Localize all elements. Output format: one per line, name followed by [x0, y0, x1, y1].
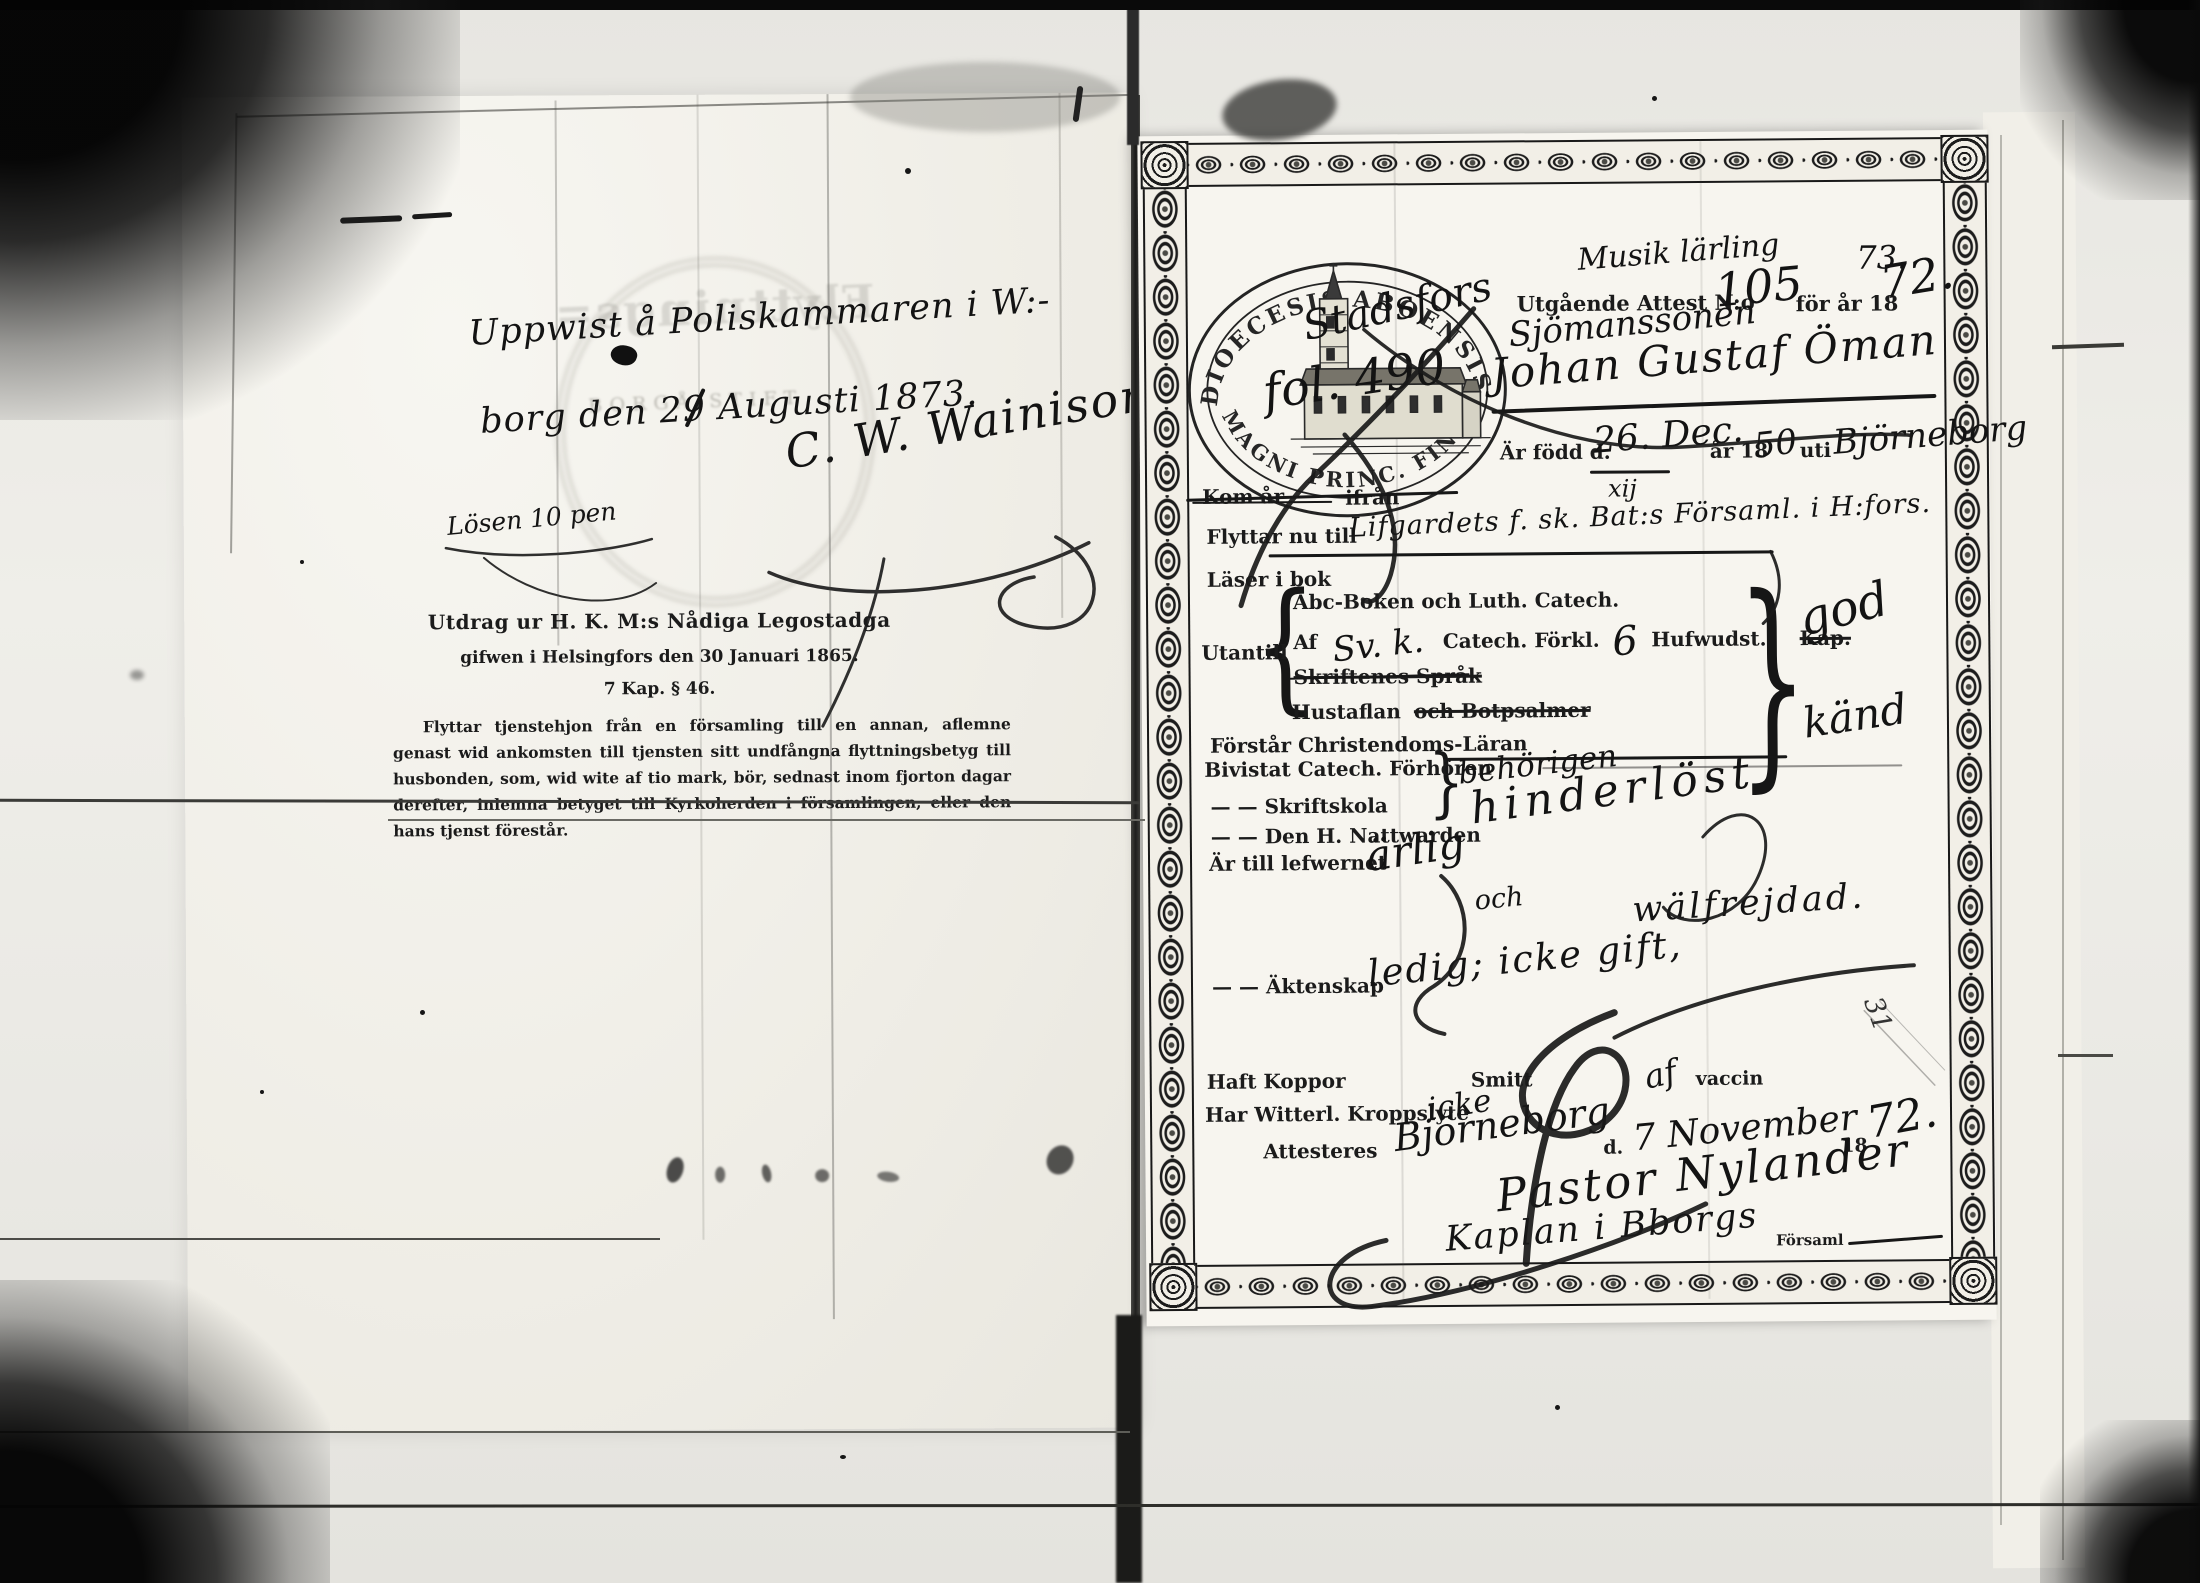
- school-label: — — Skriftskola: [1211, 793, 1388, 818]
- conduct-label: Är till lefwernet: [1209, 850, 1387, 875]
- conduct-value-3: wälfrejdad.: [1631, 876, 1866, 930]
- utantill-item-1: Abc-Boken och Luth. Catech.: [1293, 588, 1619, 615]
- born-label-3: uti: [1800, 438, 1832, 462]
- born-year: 50: [1752, 422, 1799, 467]
- item2-mid: Catech. Förkl.: [1443, 628, 1600, 653]
- crease-line: [0, 1238, 660, 1240]
- came-label-2: ifrån: [1345, 485, 1399, 509]
- ink-smudge: [760, 1164, 773, 1184]
- ink-smudge: [1041, 1140, 1078, 1179]
- pox-script: af: [1641, 1052, 1681, 1097]
- born-day-roman: xij: [1608, 474, 1637, 502]
- statute-title: Utdrag ur H. K. M:s Nådiga Legostadga: [184, 607, 1134, 636]
- item2-script: Sv. k.: [1330, 620, 1425, 670]
- pox-end: vaccin: [1696, 1067, 1764, 1090]
- ink-dash: [412, 212, 452, 219]
- reads-label: Läser i bok: [1207, 567, 1331, 592]
- attest-number: 105: [1712, 256, 1805, 318]
- attested-label: Attesteres: [1263, 1139, 1377, 1164]
- ink-smudge: [815, 1169, 829, 1182]
- scratch-line: [0, 1503, 2200, 1508]
- border-ornament-right: [1942, 137, 1995, 1299]
- book-fold-upper: [1127, 0, 1139, 145]
- marriage-label: — — Äktenskap: [1212, 973, 1384, 998]
- attested-place: Björneborg: [1391, 1088, 1612, 1160]
- chaplain-parish-print: Församl: [1776, 1231, 1844, 1250]
- moves-label: Flyttar nu till: [1206, 524, 1357, 549]
- edge-tick: [2058, 1054, 2113, 1057]
- utantill-item-4: Hustaflan och Botpsalmer: [1292, 698, 1591, 724]
- border-ornament-top: [1142, 137, 1982, 188]
- conduct-value-2: och: [1473, 881, 1525, 916]
- signature-dash: [1848, 1235, 1943, 1245]
- crease-line: [0, 1431, 1130, 1433]
- crease-line: [388, 819, 1145, 821]
- book-fold-lower: [1116, 1315, 1142, 1583]
- border-rosette-corner: [1149, 1263, 1197, 1311]
- ink-dash: [340, 215, 402, 223]
- utantill-label: Utantill: [1201, 640, 1287, 665]
- item4-struck: och Botpsalmer: [1414, 698, 1591, 723]
- microfilm-scan: Flyttnings= BORGÅ STIFT Uppwist å Polisk…: [0, 0, 2200, 1583]
- film-edge-top: [0, 0, 2200, 10]
- catechism-label: Bivistat Catech. Förhören: [1204, 756, 1492, 782]
- border-ornament-bottom: [1151, 1259, 1991, 1310]
- marriage-value: ledig; icke gift,: [1366, 923, 1684, 996]
- border-rosette-corner: [1940, 135, 1988, 183]
- paper-crease: [555, 101, 560, 646]
- certificate-page: Musik lärling 73. Utgående Attest N:o 10…: [1137, 130, 1996, 1327]
- born-fraction-line: [1590, 470, 1670, 473]
- paper-crease: [1058, 93, 1063, 618]
- grade-script-1: god: [1793, 571, 1894, 648]
- margin-mark: 31: [1857, 993, 1898, 1036]
- border-rosette-corner: [1949, 1257, 1997, 1305]
- grade-script-2: känd: [1800, 684, 1911, 748]
- utantill-item-2: Af Sv. k. Catech. Förkl. 6 Hufwudst. Kap…: [1293, 617, 1851, 667]
- paper-edge-line: [2062, 120, 2064, 1560]
- ink-smudge: [877, 1170, 900, 1183]
- border-rosette-corner: [1140, 141, 1188, 189]
- item2-post: Hufwudst.: [1651, 626, 1766, 651]
- paper-edge-line: [2000, 135, 2002, 1525]
- moves-underline: [1269, 550, 1774, 557]
- ink-smudge: [664, 1155, 687, 1185]
- underlying-page-edge: [1983, 112, 2085, 1569]
- item2-num: 6: [1611, 618, 1640, 666]
- page-edge-left: [230, 113, 237, 553]
- ink-smudge: [715, 1167, 725, 1183]
- pox-label: Haft Koppor: [1207, 1069, 1346, 1094]
- left-page: Flyttnings= BORGÅ STIFT Uppwist å Polisk…: [182, 93, 1139, 1433]
- statute-issued: gifwen i Helsingfors den 30 Januari 1865…: [184, 645, 1134, 670]
- film-edge-right: [2188, 0, 2200, 1583]
- item2-pre: Af: [1293, 630, 1317, 654]
- statute-section: 7 Kap. § 46.: [185, 677, 1135, 702]
- item4-pre: Hustaflan: [1292, 699, 1401, 724]
